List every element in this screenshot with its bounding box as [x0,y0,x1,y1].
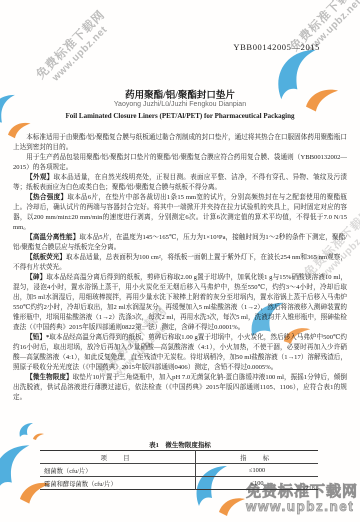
paragraph-text: 用于生产药品包装用聚酯/铝/聚酯封口垫片的聚酯/铝/聚酯复合膜应符合药用复合膜、… [13,154,347,171]
scanned-standard-page: { "page": { "standard_no": "YBB00142005—… [0,0,360,522]
page-title: 药用聚酯/铝/聚酯封口垫片 [0,87,360,101]
paragraph-microbial-limit: 【微生物限度】取垫片10片置于三角烧瓶中，加入pH 7.0无菌氯化钠-蛋白胨缓冲… [13,373,347,403]
title-pinyin: Yaoyong Juzhi/Lü/Juzhi Fengkou Dianpian [0,101,360,108]
table-header-row: 项 目 指 标 [40,451,318,464]
paragraph-high-temp-separation: 【高温分离性能】取本品5片，在温度为145～165℃，压力为1×10⁵Pa，接触… [13,233,347,253]
page-number: ·218· [303,485,317,492]
paragraph-appearance: 【外观】取本品适量，在自然光线明亮处，正视目测。表面应平整、洁净，不得有穿孔、异… [13,173,347,193]
document-body: 本标准适用于由聚酯/铝/聚酯复合膜与纸板通过黏合剂制成的封口垫片，通过将其热合在… [13,133,347,403]
section-label: 【热合强度】 [26,194,67,201]
table-header-limit: 指 标 [196,451,318,464]
table-cell-item: 霉菌和酵母菌数（cfu/片） [40,477,196,490]
section-label: 【微生物限度】 [26,374,72,381]
table-header-item: 项 目 [40,451,196,464]
paragraph-text: 取本品适量，在自然光线明亮处，正视目测。表面应平整、洁净，不得有穿孔、异物、皱纹… [13,174,347,191]
watermark-site-url: www.upbz.net [246,500,358,514]
table-caption: 表1 微生物限度指标 [0,440,360,449]
section-label: 【高温分离性能】 [26,234,79,241]
table-cell-limit: ≤1000 [196,464,318,477]
paragraph-scope: 本标准适用于由聚酯/铝/聚酯复合膜与纸板通过黏合剂制成的封口垫片，通过将其热合在… [13,133,347,153]
section-label: 【外观】 [26,174,53,181]
watermark-top-right: 免费标准下载网 www.upbz.net [279,0,360,69]
table-row: 细菌数（cfu/片） ≤1000 [40,464,318,477]
microbial-limit-table: 项 目 指 标 细菌数（cfu/片） ≤1000 霉菌和酵母菌数（cfu/片） … [40,450,318,490]
upbz-logo-icon [16,421,46,441]
table-cell-item: 细菌数（cfu/片） [40,464,196,477]
section-label: 【铅】* [26,334,49,341]
paragraph-text: 取本品经高温分离后得到的纸板，剪碎后称取1.00 g置于坩埚中，小火炭化，然后移… [13,334,347,371]
paragraph-heat-seal-strength: 【热合强度】取本品6片，在垫片中部各裁切出1条15 mm宽的试片，分别高频热封在… [13,193,347,233]
paragraph-board-fluorescence: 【纸板荧光】取本品适量，总表面积为100 cm²，将纸板一面朝上置于紫外灯下，在… [13,253,347,273]
paragraph-lead: 【铅】*取本品经高温分离后得到的纸板，剪碎后称取1.00 g置于坩埚中，小火炭化… [13,333,347,373]
paragraph-arsenic: 【砷】取本品经高温分离后得到的纸板，剪碎后称取2.00 g置于坩埚中，加氧化镁1… [13,273,347,333]
paragraph-scope-2: 用于生产药品包装用聚酯/铝/聚酯封口垫片的聚酯/铝/聚酯复合膜应符合药用复合膜、… [13,153,347,173]
paragraph-text: 取本品经高温分离后得到的纸板，剪碎后称取2.00 g置于坩埚中，加氧化镁1 g与… [13,274,347,331]
watermark-site-url: www.upbz.net [291,0,360,69]
title-english: Foil Laminated Closure Liners (PET/Al/PE… [0,112,360,120]
paragraph-text: 本标准适用于由聚酯/铝/聚酯复合膜与纸板通过黏合剂制成的封口垫片，通过将其热合在… [13,134,347,151]
watermark-site-name: 免费标准下载网 [22,0,119,93]
section-label: 【纸板荧光】 [26,254,66,261]
section-label: 【砷】 [26,274,46,281]
watermark-site-name: 免费标准下载网 [279,0,360,62]
watermark-top-left: 免费标准下载网 www.upbz.net [22,0,127,100]
table-row: 霉菌和酵母菌数（cfu/片） ≤100 [40,477,318,490]
standard-number: YBB00142005—2015 [233,42,320,52]
table-cell-limit: ≤100 [196,477,318,490]
